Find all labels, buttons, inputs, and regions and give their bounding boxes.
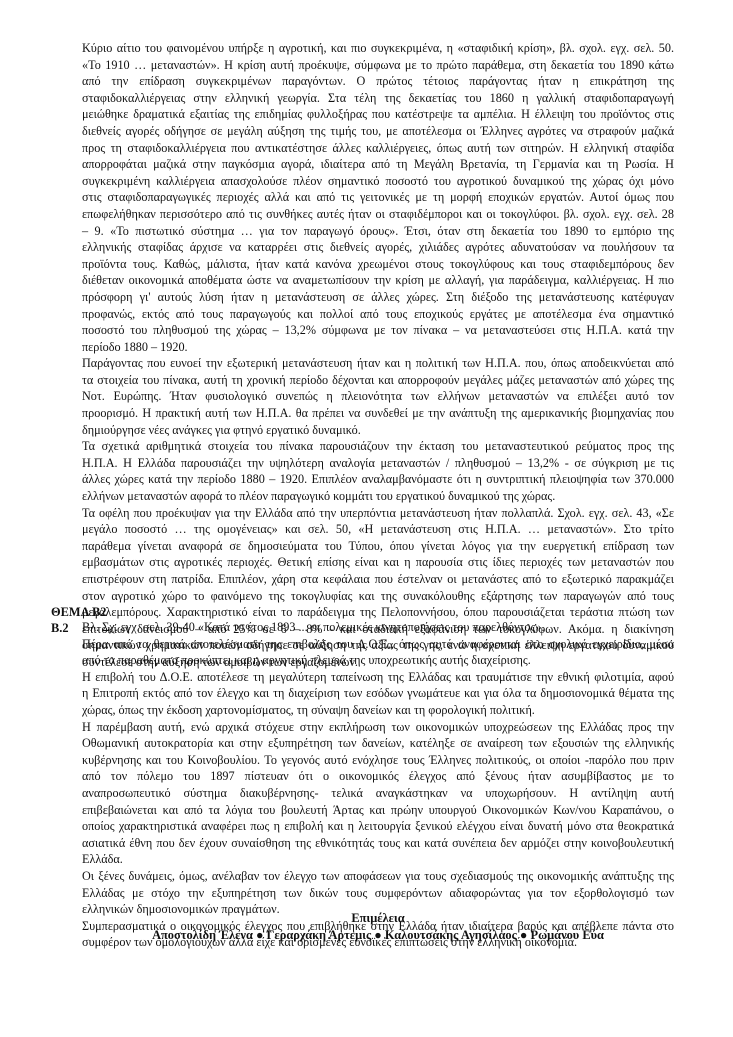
text-line: από τον πόλεμο του 1897 πίστευαν ότι ο ο… xyxy=(82,768,674,785)
text-line: χώρας, όπως την έκδοση χαρτονομίσματος, … xyxy=(82,702,674,719)
text-line: μεγάλο ποσοστό … της ομογένειας» και σελ… xyxy=(82,521,674,538)
text-line: από την επίδραση συγκεκριμένων παραγόντω… xyxy=(82,73,674,90)
text-line: Τα σχετικά αριθμητικά στοιχεία του πίνακ… xyxy=(82,438,674,455)
text-line: Παράγοντας που ευνοεί την εξωτερική μετα… xyxy=(82,355,674,372)
text-line: Οι ξένες δυνάμεις, όμως, ανέλαβαν τον έλ… xyxy=(82,868,674,885)
text-line: τα στοιχεία του πίνακα, αυτή τη χρονική … xyxy=(82,372,674,389)
text-line: πρόσφορη γι' αυτούς λύση ήταν η μετανάστ… xyxy=(82,289,674,306)
text-line: προς τη σταφιδοκαλλιέργεια που αντικατέσ… xyxy=(82,140,674,157)
text-line: προορισμό. Η πρακτική αυτή των Η.Π.Α. θα… xyxy=(82,405,674,422)
credits-title: Επιμέλεια xyxy=(82,910,674,927)
text-line: αναπροσωπευτικό σύστημα διακυβέρνησης- τ… xyxy=(82,785,674,802)
text-line: ασιατικά έθνη που δεν έχουν συναίσθηση τ… xyxy=(82,835,674,852)
text-line: περίοδο 1880 – 1920. xyxy=(82,339,674,356)
text-line: ελλήνων μεταναστών αφορά το πλέον παραγω… xyxy=(82,488,674,505)
paragraph-theme-b2: Βλ. Σχ. εγχ. σελ. 39-40 «Κατά το έτος 18… xyxy=(82,619,674,951)
text-line: Οθωμανική αυτοκρατορία και στην εξυπηρέτ… xyxy=(82,735,674,752)
text-line: προφανώς, εκτός από τους παραγωγούς και … xyxy=(82,306,674,323)
text-line: επιστρέφουν στη πατρίδα. Επιπλέον, χάρη … xyxy=(82,571,674,588)
text-line: ποσοστό του πληθυσμού της χώρας – 13,2% … xyxy=(82,322,674,339)
text-line: η Επιτροπή εκτός από τον έλεγχο και τη δ… xyxy=(82,685,674,702)
text-line: Νοτ. Ευρώπης. Ήταν φυσιολογικό συνεπώς η… xyxy=(82,388,674,405)
text-line: συγκεκριμένη καλλιέργεια απασχολούσε πλέ… xyxy=(82,173,674,190)
text-line: από τα παραθέματα προκύπτει και η αρνητι… xyxy=(82,652,674,669)
text-line: Κύριο αίτιο του φαινομένου υπήρξε η αγρο… xyxy=(82,40,674,57)
credits-authors: Αποστολίδη Έλενα ● Γεραρχάκη Άρτεμις ● Κ… xyxy=(82,927,674,944)
text-line: ελληνικής σταφίδας άρχισε να καταρρέει σ… xyxy=(82,239,674,256)
text-line: απορροφάται μαζικά στην παγκόσμια αγορά,… xyxy=(82,156,674,173)
text-line: Ελλάδα. xyxy=(82,851,674,868)
question-label-b2: Β.2 xyxy=(51,620,69,636)
text-line: μειώθηκε δραματικά εξαιτίας της επιδημία… xyxy=(82,106,674,123)
text-line: Βλ. Σχ. εγχ. σελ. 39-40 «Κατά το έτος 18… xyxy=(82,619,674,636)
text-line: Πέρα από τα θετικά αποτελέσματα της επιβ… xyxy=(82,636,674,653)
text-line: Η επιβολή του Δ.Ο.Ε. αποτέλεσε τη μεγαλύ… xyxy=(82,669,674,686)
text-line: κυβέρνησης και του Κοινοβουλίου. Το γεγο… xyxy=(82,752,674,769)
text-line: οποίος χαρακτηριστικά αναφέρει πως η επι… xyxy=(82,818,674,835)
text-line: σταφιδοκαλλιέργειας στην ελληνική γεωργί… xyxy=(82,90,674,107)
paragraph-agricultural-crisis: Κύριο αίτιο του φαινομένου υπήρξε η αγρο… xyxy=(82,40,674,671)
text-line: – 9. «Το πιστωτικό σύστημα … για τον παρ… xyxy=(82,223,674,240)
text-line: Η.Π.Α. Η Ελλάδα παρουσιάζει την υψηλότερ… xyxy=(82,455,674,472)
text-line: δημιούργησε νέες ανάγκες για φτηνό εργατ… xyxy=(82,422,674,439)
text-line: «Το 1910 … μεταναστών». Η κρίση αυτή προ… xyxy=(82,57,674,74)
text-line: επωφελήθηκαν περισσότερο από τις συνθήκε… xyxy=(82,206,674,223)
text-line: Ελλάδας με στόχο την εξυπηρέτηση των δικ… xyxy=(82,885,674,902)
text-line: στον αγροτικό χώρο το φαινόμενο της τοκο… xyxy=(82,588,674,605)
text-line: Η παρέμβαση αυτή, ενώ αρχικά στόχευε στη… xyxy=(82,719,674,736)
text-line: διεθνείς αγορές οδήγησε σε μεγάλη αύξηση… xyxy=(82,123,674,140)
text-line: παράθεμα γίνεται αναφορά σε δημοσιεύματα… xyxy=(82,538,674,555)
text-line: άλλες χώρες κατά την περίοδο 1880 – 1920… xyxy=(82,471,674,488)
text-line: επιβεβαιώνεται και από τα λόγια του βουλ… xyxy=(82,802,674,819)
text-line: στις σταφιδοπαραγωγικές περιοχές αλλά κα… xyxy=(82,189,674,206)
text-line: Τα οφέλη που προέκυψαν για την Ελλάδα απ… xyxy=(82,505,674,522)
document-page: Κύριο αίτιο του φαινομένου υπήρξε η αγρο… xyxy=(0,0,733,1037)
text-line: προϊόντα τους. Καθώς, μάλιστα, ήταν κατά… xyxy=(82,256,674,273)
text-line: εμβασμάτων στις αγροτικές περιοχές. Θετι… xyxy=(82,554,674,571)
section-heading-theme-b2: ΘΕΜΑ Β2 xyxy=(51,604,106,620)
text-line: διέθεταν οικονομικά αποθέματα ώστε να αν… xyxy=(82,272,674,289)
